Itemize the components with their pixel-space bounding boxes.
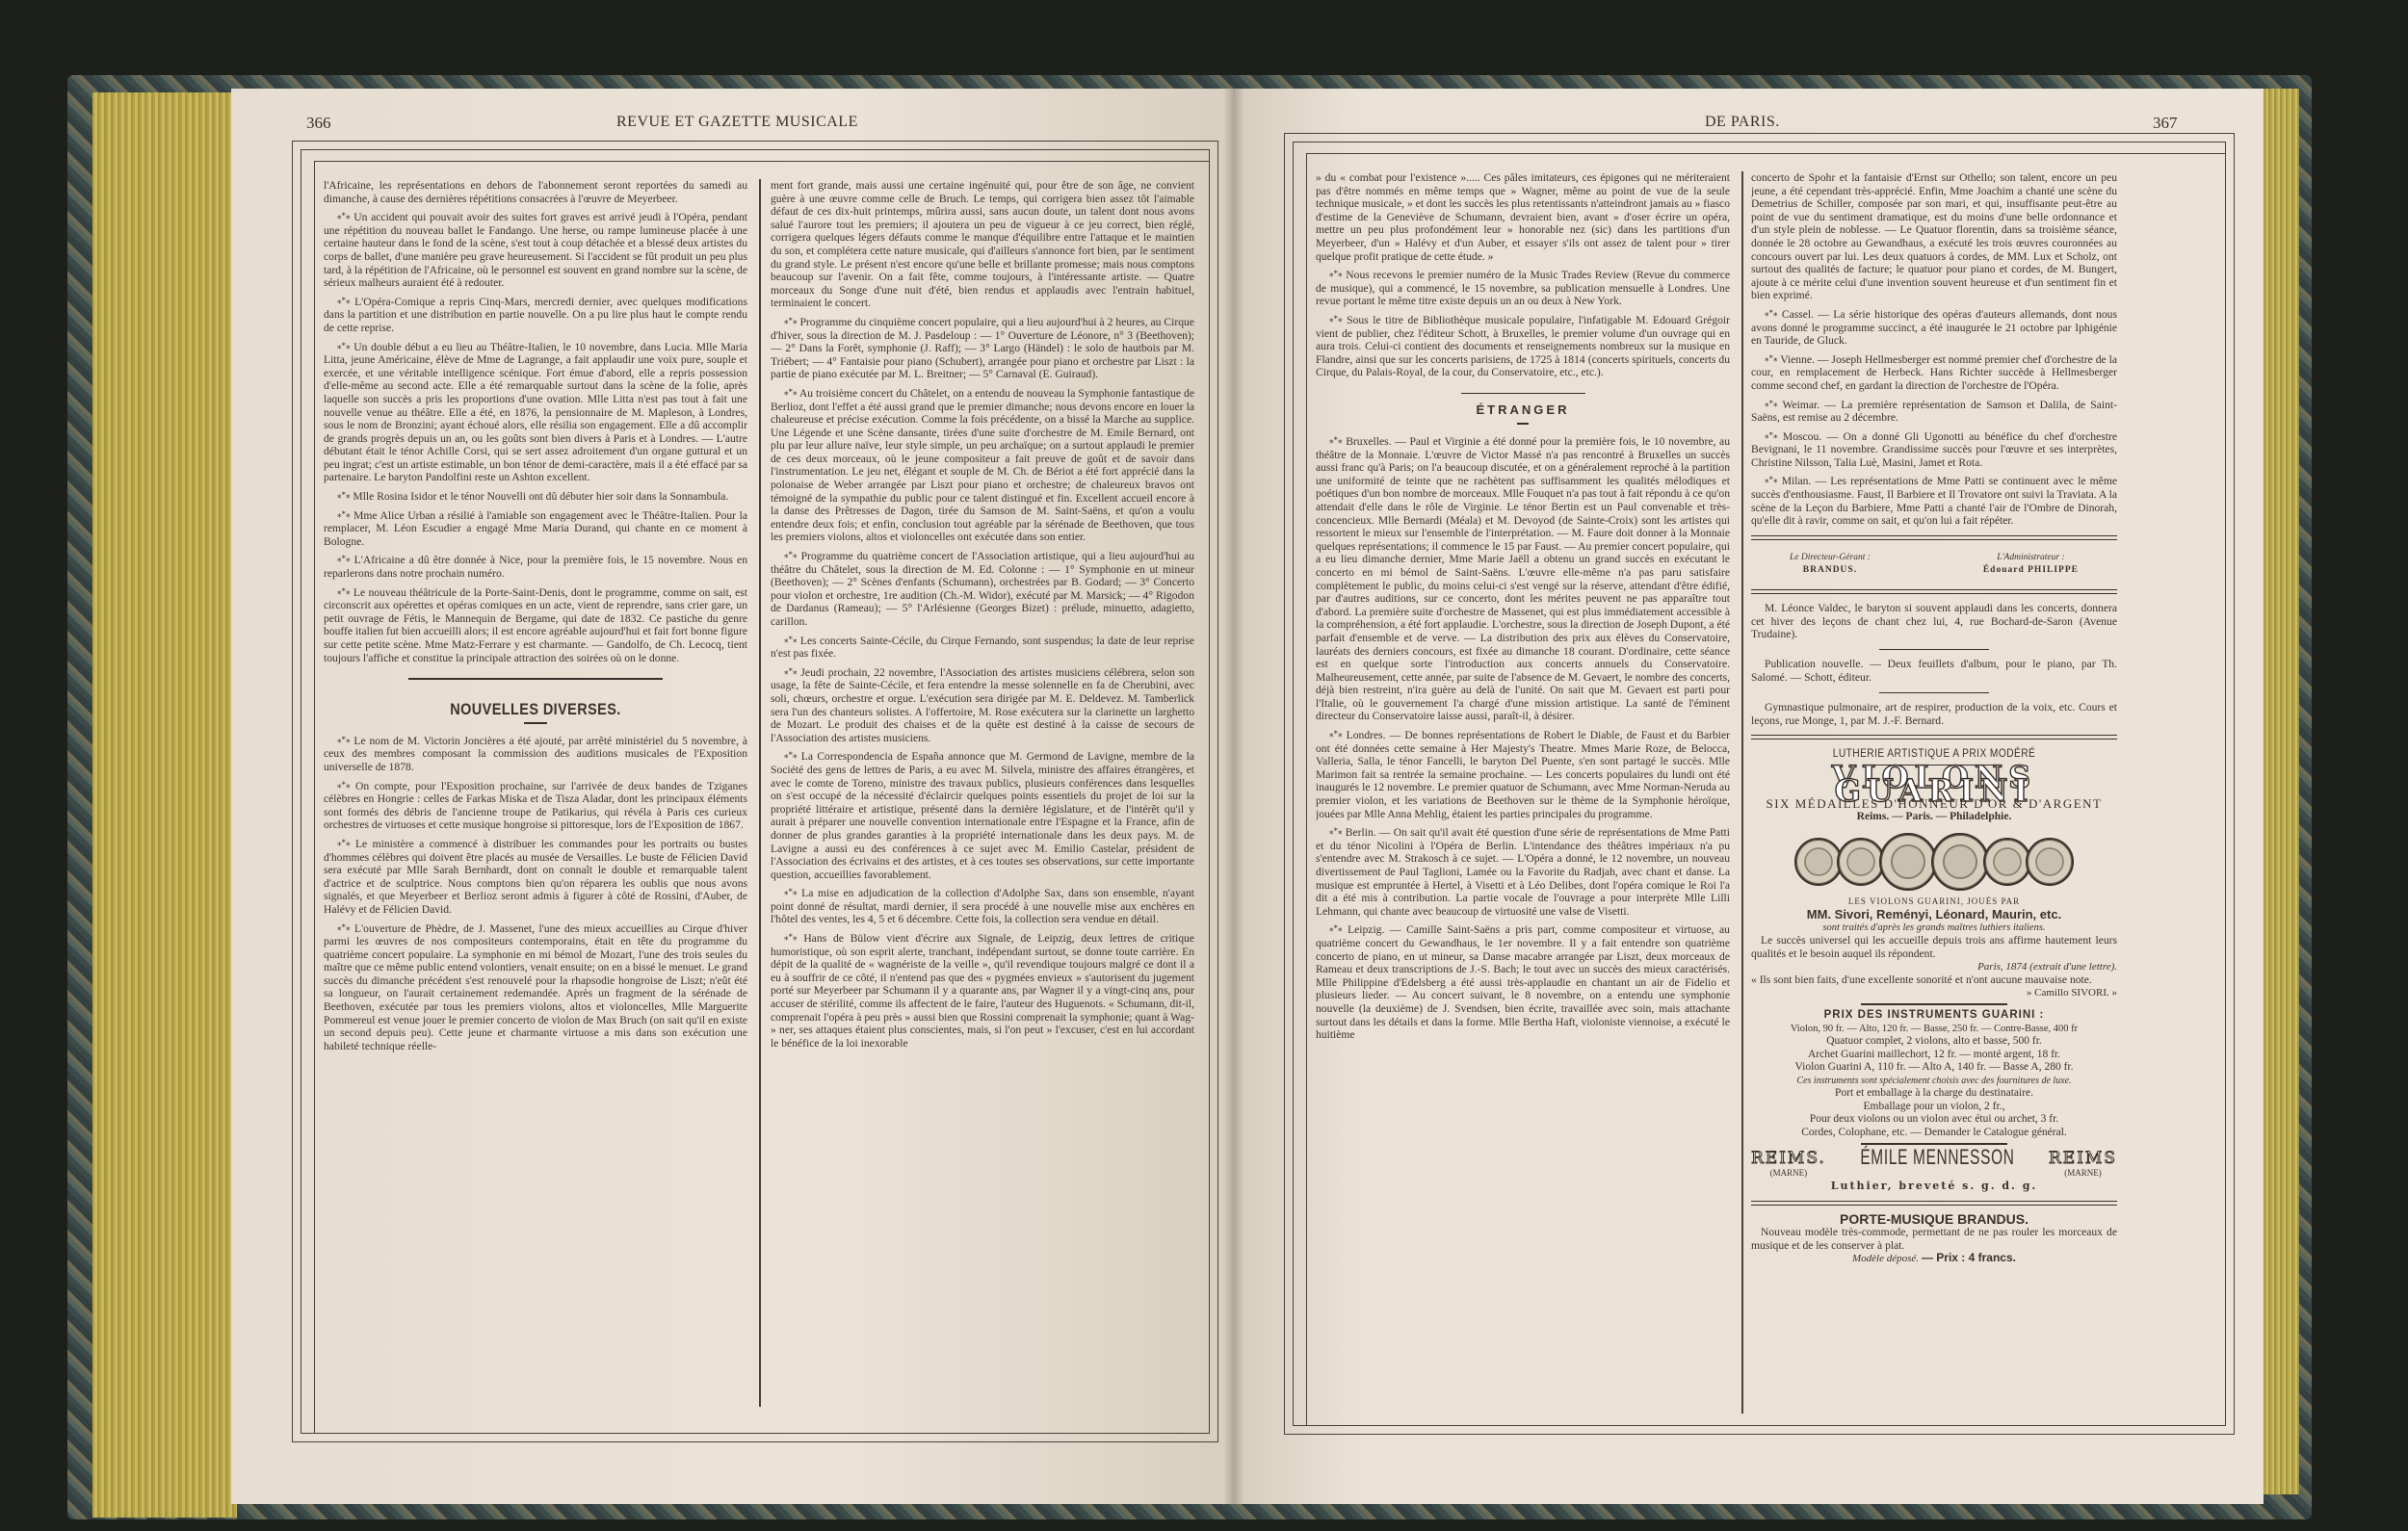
medal-icon bbox=[1983, 838, 2031, 886]
medals-illustration bbox=[1751, 832, 2117, 892]
medal-icon bbox=[1794, 838, 1843, 886]
page-number-left: 366 bbox=[306, 114, 331, 133]
medal-icon bbox=[1931, 833, 1989, 891]
maker-banner: REIMS. (MARNE) ÉMILE MENNESSON REIMS (MA… bbox=[1751, 1151, 2117, 1181]
page-number-right: 367 bbox=[2153, 114, 2178, 133]
right-column-2: concerto de Spohr et la fantaisie d'Erns… bbox=[1751, 171, 2117, 1423]
page-edges-right bbox=[2259, 89, 2299, 1494]
dash-ornament bbox=[1517, 423, 1529, 425]
notice-valdec: M. Léonce Valdec, le baryton si souvent … bbox=[1751, 602, 2117, 641]
article-paragraph: l'Africaine, les représentations en deho… bbox=[324, 179, 747, 205]
section-title-nouvelles-diverses: NOUVELLES DIVERSES. bbox=[355, 703, 716, 716]
section-title-etranger: ÉTRANGER bbox=[1316, 403, 1730, 417]
left-column-2: ment fort grande, mais aussi une certain… bbox=[771, 179, 1194, 1421]
page-edges-left bbox=[92, 92, 237, 1518]
double-rule bbox=[1751, 589, 2117, 594]
advertisement-violons-guarini: LUTHERIE ARTISTIQUE A PRIX MODÉRÉ VIOLON… bbox=[1751, 747, 2117, 1193]
notice-gymnastique: Gymnastique pulmonaire, art de respirer,… bbox=[1751, 701, 2117, 727]
signature-block: Le Directeur-Gérant : BRANDUS. L'Adminis… bbox=[1751, 548, 2117, 582]
double-rule bbox=[1751, 535, 2117, 540]
notice-publication: Publication nouvelle. — Deux feuillets d… bbox=[1751, 658, 2117, 684]
column-divider bbox=[759, 179, 761, 1407]
dash-ornament bbox=[524, 722, 547, 724]
running-head-right: DE PARIS. bbox=[1705, 114, 1780, 131]
advertisement-porte-musique: PORTE-MUSIQUE BRANDUS. Nouveau modèle tr… bbox=[1751, 1213, 2117, 1266]
right-column-1: » du « combat pour l'existence »..... Ce… bbox=[1316, 171, 1730, 1414]
medal-icon bbox=[2026, 838, 2074, 886]
left-column-1: l'Africaine, les représentations en deho… bbox=[324, 179, 747, 1421]
medal-icon bbox=[1837, 838, 1885, 886]
double-rule bbox=[1751, 735, 2117, 740]
section-rule bbox=[1461, 393, 1585, 395]
column-divider bbox=[1741, 171, 1743, 1414]
book-gutter bbox=[1223, 89, 1244, 1504]
brand-title: VIOLONS GUARINI bbox=[1751, 771, 2117, 797]
section-rule bbox=[408, 678, 663, 680]
medal-icon bbox=[1879, 833, 1937, 891]
price-list: Violon, 90 fr. — Alto, 120 fr. — Basse, … bbox=[1751, 1023, 2117, 1140]
double-rule bbox=[1751, 1201, 2117, 1206]
